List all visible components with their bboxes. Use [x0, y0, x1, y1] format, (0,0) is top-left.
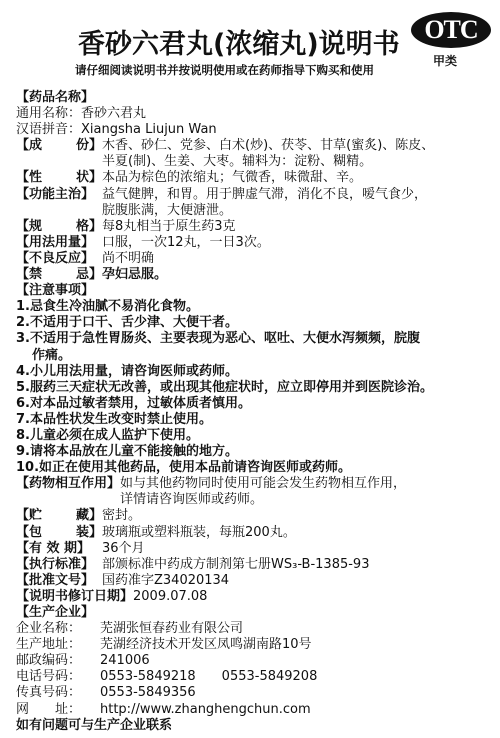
fax-row: 传真号码：0553-5849356 [16, 685, 496, 701]
adverse-label: 【不良反应】 [16, 251, 102, 267]
dosage-row: 【用法用量】口服，一次12丸，一日3次。 [16, 235, 496, 251]
contact-footer: 如有问题可与生产企业联系 [16, 718, 496, 734]
storage-label: 【贮藏】 [16, 508, 102, 524]
package-row: 【包装】玻璃瓶或塑料瓶装，每瓶200丸。 [16, 525, 496, 541]
contraindications-label: 【禁忌】 [16, 267, 102, 283]
storage-value: 密封。 [102, 508, 496, 524]
specification-row: 【规格】每8丸相当于原生药3克 [16, 219, 496, 235]
revision-label: 【说明书修订日期】 [16, 589, 133, 605]
validity-value: 36个月 [102, 541, 496, 557]
otc-badge: OTC [411, 12, 491, 48]
pinyin-value: Xiangsha Liujun Wan [81, 122, 217, 138]
ingredients-value-cont: 半夏(制)、生姜、大枣。辅料为：淀粉、糊精。 [16, 154, 496, 170]
precaution-item: 9.请将本品放在儿童不能接触的地方。 [16, 444, 496, 460]
phone-label: 电话号码： [16, 669, 100, 685]
contraindications-value: 孕妇忌服。 [102, 267, 496, 283]
precaution-item: 2.不适用于口干、舌少津、大便干者。 [16, 315, 496, 331]
standard-value: 部颁标准中药成方制剂第七册WS₃-B-1385-93 [102, 557, 496, 573]
phone-value: 0553-5849218 0553-5849208 [100, 669, 496, 685]
leaflet-content: 【药品名称】 通用名称：香砂六君丸 汉语拼音：Xiangsha Liujun W… [16, 90, 496, 734]
postcode-label: 邮政编码： [16, 653, 100, 669]
postcode-value: 241006 [100, 653, 496, 669]
postcode-row: 邮政编码：241006 [16, 653, 496, 669]
ingredients-value: 木香、砂仁、党参、白术(炒)、茯苓、甘草(蜜炙)、陈皮、 [102, 138, 496, 154]
storage-row: 【贮藏】密封。 [16, 508, 496, 524]
website-link[interactable]: http://www.zhanghengchun.com [100, 702, 496, 718]
document-subtitle: 请仔细阅读说明书并按说明使用或在药师指导下购买和使用 [75, 62, 374, 78]
approval-label: 【批准文号】 [16, 573, 102, 589]
standard-row: 【执行标准】部颁标准中药成方制剂第七册WS₃-B-1385-93 [16, 557, 496, 573]
fax-value: 0553-5849356 [100, 685, 496, 701]
ingredients-label: 【成份】 [16, 138, 102, 154]
indications-row: 【功能主治】益气健脾，和胃。用于脾虚气滞，消化不良，嗳气食少， [16, 187, 496, 203]
validity-row: 【有 效 期】36个月 [16, 541, 496, 557]
precaution-item: 5.服药三天症状无改善，或出现其他症状时，应立即停用并到医院诊治。 [16, 380, 496, 396]
precaution-item-cont: 作痛。 [16, 348, 496, 364]
adverse-value: 尚不明确 [102, 251, 496, 267]
dosage-label: 【用法用量】 [16, 235, 102, 251]
otc-class-label: 甲类 [433, 52, 457, 69]
specification-label: 【规格】 [16, 219, 102, 235]
dosage-value: 口服，一次12丸，一日3次。 [102, 235, 496, 251]
company-name-value: 芜湖张恒春药业有限公司 [100, 621, 496, 637]
validity-label: 【有 效 期】 [16, 541, 102, 557]
interactions-row: 【药物相互作用】如与其他药物同时使用可能会发生药物相互作用， [16, 476, 496, 492]
contraindications-row: 【禁忌】孕妇忌服。 [16, 267, 496, 283]
generic-name-row: 通用名称：香砂六君丸 [16, 106, 496, 122]
pinyin-row: 汉语拼音：Xiangsha Liujun Wan [16, 122, 496, 138]
interactions-label: 【药物相互作用】 [16, 476, 120, 492]
precaution-item: 7.本品性状发生改变时禁止使用。 [16, 412, 496, 428]
address-row: 生产地址：芜湖经济技术开发区凤鸣湖南路10号 [16, 637, 496, 653]
adverse-row: 【不良反应】尚不明确 [16, 251, 496, 267]
phone-row: 电话号码：0553-5849218 0553-5849208 [16, 669, 496, 685]
precaution-item: 3.不适用于急性胃肠炎、主要表现为恶心、呕吐、大便水泻频频，脘腹 [16, 331, 496, 347]
approval-value: 国药准字Z34020134 [102, 573, 496, 589]
appearance-label: 【性状】 [16, 170, 102, 186]
package-label: 【包装】 [16, 525, 102, 541]
ingredients-row: 【成份】木香、砂仁、党参、白术(炒)、茯苓、甘草(蜜炙)、陈皮、 [16, 138, 496, 154]
precautions-heading: 【注意事项】 [16, 283, 496, 299]
standard-label: 【执行标准】 [16, 557, 102, 573]
manufacturer-heading: 【生产企业】 [16, 605, 496, 621]
generic-name-label: 通用名称： [16, 106, 81, 122]
fax-label: 传真号码： [16, 685, 100, 701]
website-label: 网 址： [16, 702, 100, 718]
approval-row: 【批准文号】国药准字Z34020134 [16, 573, 496, 589]
revision-value: 2009.07.08 [133, 589, 496, 605]
precaution-item: 1.忌食生冷油腻不易消化食物。 [16, 299, 496, 315]
package-value: 玻璃瓶或塑料瓶装，每瓶200丸。 [102, 525, 496, 541]
address-value: 芜湖经济技术开发区凤鸣湖南路10号 [100, 637, 496, 653]
document-title: 香砂六君丸(浓缩丸)说明书 [78, 22, 400, 61]
company-name-label: 企业名称： [16, 621, 100, 637]
precaution-item: 10.如正在使用其他药品，使用本品前请咨询医师或药师。 [16, 460, 496, 476]
revision-row: 【说明书修订日期】2009.07.08 [16, 589, 496, 605]
precaution-item: 4.小儿用法用量，请咨询医师或药师。 [16, 364, 496, 380]
company-name-row: 企业名称：芜湖张恒春药业有限公司 [16, 621, 496, 637]
indications-value: 益气健脾，和胃。用于脾虚气滞，消化不良，嗳气食少， [102, 187, 496, 203]
drug-name-heading: 【药品名称】 [16, 90, 496, 106]
pinyin-label: 汉语拼音： [16, 122, 81, 138]
interactions-value-cont: 详情请咨询医师或药师。 [16, 492, 496, 508]
indications-value-cont: 脘腹胀满，大便溏泄。 [16, 203, 496, 219]
indications-label: 【功能主治】 [16, 187, 102, 203]
interactions-value: 如与其他药物同时使用可能会发生药物相互作用， [120, 476, 496, 492]
precaution-item: 6.对本品过敏者禁用，过敏体质者慎用。 [16, 396, 496, 412]
appearance-value: 本品为棕色的浓缩丸；气微香，味微甜、辛。 [102, 170, 496, 186]
website-row: 网 址：http://www.zhanghengchun.com [16, 702, 496, 718]
specification-value: 每8丸相当于原生药3克 [102, 219, 496, 235]
generic-name-value: 香砂六君丸 [81, 106, 146, 122]
precaution-item: 8.儿童必须在成人监护下使用。 [16, 428, 496, 444]
address-label: 生产地址： [16, 637, 100, 653]
appearance-row: 【性状】本品为棕色的浓缩丸；气微香，味微甜、辛。 [16, 170, 496, 186]
